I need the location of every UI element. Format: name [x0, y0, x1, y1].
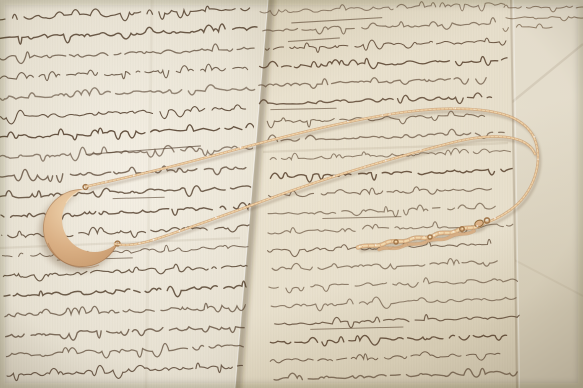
vignette	[0, 0, 583, 388]
necklace-on-manuscript-scene	[0, 0, 583, 388]
product-photo	[0, 0, 583, 388]
